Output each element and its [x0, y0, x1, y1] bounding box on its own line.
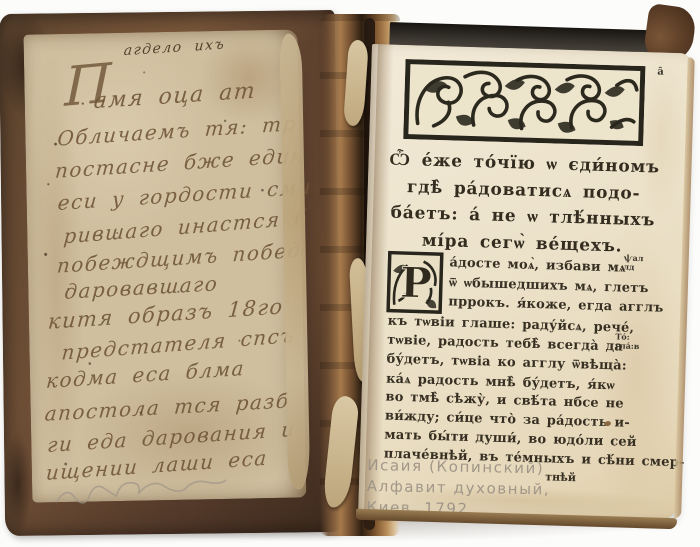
- left-cover-board: агдело ихъ П амя оца ат Обличаемъ тя: тр…: [0, 10, 341, 536]
- torn-parchment-flap: [322, 395, 360, 509]
- margin-reference-tobit: То́: гла́:в: [615, 332, 640, 351]
- chapter-heading: Ѽ е́же то́чїю ѡ єди́номъ гдѣ̀ ра́доватис…: [374, 146, 673, 261]
- initial-letter: Р: [399, 258, 432, 308]
- body-text-block: къ тѡвіи глаше: раду́йсѧ, рече́, тѡвіе, …: [383, 313, 688, 475]
- left-pastedown-page: агдело ихъ П амя оца ат Обличаемъ тя: тр…: [23, 29, 306, 502]
- margin-note-line: лд: [623, 263, 643, 273]
- woodcut-initial-letter-block: Р: [386, 251, 444, 315]
- photo-of-open-book: агдело ихъ П амя оца ат Обличаемъ тя: тр…: [0, 0, 700, 547]
- faint-pencil-scribble: [50, 468, 276, 514]
- right-printed-page: а̑ Ѽ е́же то́чїю ѡ єди́номъ гдѣ̀ ра́дова…: [358, 44, 690, 519]
- margin-note-line: гла́:в: [615, 341, 640, 351]
- ink-specks: [23, 29, 306, 502]
- folio-mark: а̑: [657, 66, 664, 77]
- woodcut-headpiece-ornament: [403, 59, 645, 146]
- margin-reference-psalm: ѱал лд: [623, 254, 643, 273]
